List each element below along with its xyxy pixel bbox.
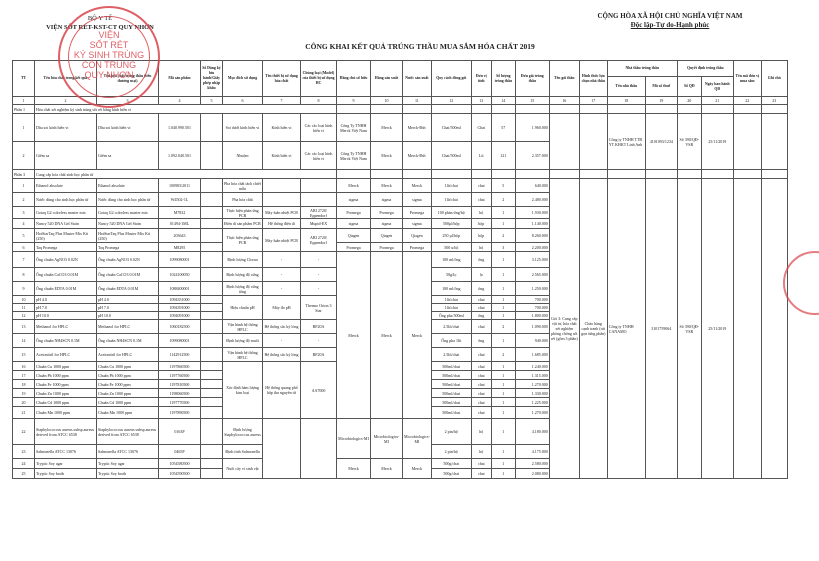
table-cell: -	[263, 252, 301, 268]
table-cell: Ống chuẩn EDTA 0.01M	[35, 282, 97, 296]
table-cell: Mupid-EX	[301, 219, 337, 229]
table-cell	[337, 105, 371, 114]
table-cell: Chai/500ml	[431, 114, 471, 142]
table-cell: 700.000	[515, 304, 549, 312]
table-cell: Giêm sa	[35, 142, 97, 170]
table-cell: Microbiologics-MI	[371, 419, 403, 459]
column-index: 9	[337, 97, 371, 105]
table-cell: Máy luân nhiệt PCR	[263, 229, 301, 252]
table-cell: 1lít/chai	[431, 304, 471, 312]
table-cell: 1	[491, 419, 515, 445]
table-cell: Hệ thống sắc ký lỏng	[263, 348, 301, 362]
table-cell: 1	[13, 114, 35, 142]
table-cell: 1.270.000	[515, 380, 549, 389]
column-index: 19	[645, 97, 677, 105]
decision-number: Số 390/QĐ-VSR	[677, 179, 701, 479]
table-cell	[579, 105, 607, 114]
table-cell	[579, 114, 607, 170]
table-cell	[403, 170, 432, 179]
col-method: Hình thức lựa chọn nhà thầu	[579, 61, 607, 97]
table-cell: chai	[471, 459, 491, 469]
table-cell	[201, 304, 223, 312]
table-cell	[733, 179, 761, 479]
table-cell: Chuẩn Mn 1000 ppm	[35, 407, 97, 419]
table-cell: 500ml/chai	[431, 389, 471, 398]
col-registration: Số Đăng ký lưu hành/Giấy phép nhập khẩu	[201, 61, 223, 97]
column-index: 7	[263, 97, 301, 105]
column-index: 4	[159, 97, 201, 105]
col-product-code: Mã sản phẩm	[159, 61, 201, 97]
table-cell: Qiagen	[403, 229, 432, 243]
table-cell: Ethanol absolute	[97, 179, 159, 193]
table-cell: 18	[13, 380, 35, 389]
table-cell: Promega	[403, 207, 432, 219]
table-cell: Các các loại kính hiển vi	[301, 142, 337, 170]
table-cell: Tryptic Soy broth	[97, 469, 159, 479]
table-cell: 1	[491, 407, 515, 419]
table-cell: Công Ty TNHH Merck Việt Nam	[337, 114, 371, 142]
table-cell: pH 7.0	[97, 304, 159, 312]
table-cell: ống	[471, 312, 491, 320]
table-cell: Qiagen	[337, 229, 371, 243]
table-cell: Taq Promega	[35, 243, 97, 252]
table-cell: Staphylococcus aureus subsp.aureus deriv…	[97, 419, 159, 445]
col-chemical-name: Tên hóa chất trong kết quả	[35, 61, 97, 97]
table-cell: 1.240.000	[515, 362, 549, 371]
table-cell: 21	[13, 407, 35, 419]
decision-number: Số 390/QĐ-VSR	[677, 114, 701, 170]
table-cell: -	[263, 334, 301, 348]
table-cell	[263, 193, 301, 207]
table-cell: Nancy 520 DNA Gel Stain	[35, 219, 97, 229]
table-cell	[337, 170, 371, 179]
col-decision-no: Số QĐ	[677, 77, 701, 97]
table-cell: 1	[491, 268, 515, 282]
table-cell: Ống pha 500ml	[431, 312, 471, 320]
table-cell: Merck	[403, 459, 432, 479]
column-index: 10	[371, 97, 403, 105]
table-cell: ống	[471, 252, 491, 268]
table-cell: Salmonella ATCC 13076	[35, 445, 97, 459]
col-country: Nước sản xuất	[403, 61, 432, 97]
table-cell: 100 phản ứng/hộ	[431, 207, 471, 219]
column-index: 6	[223, 97, 263, 105]
table-cell: Hiệu chuẩn pH	[223, 296, 263, 320]
table-cell: 1	[491, 445, 515, 459]
column-index: 5	[201, 97, 223, 105]
column-index: 11	[403, 97, 432, 105]
section-label: Phần 1	[13, 105, 35, 114]
table-cell	[201, 179, 223, 193]
table-cell: -	[301, 282, 337, 296]
table-cell: 1197860500	[159, 362, 201, 371]
table-cell: 1	[13, 179, 35, 193]
col-tt: TT	[13, 61, 35, 97]
table-cell: Ống chuẩn AgNO3 0.02N	[35, 252, 97, 268]
table-cell: 19	[13, 389, 35, 398]
table-cell: Chuẩn Fe 1000 ppm	[97, 380, 159, 389]
table-cell: 01494-1ML	[159, 219, 201, 229]
table-cell	[201, 320, 223, 334]
table-cell: 1.315.000	[515, 371, 549, 380]
institute-name: VIỆN SỐT RÉT-KST-CT QUY NHƠN	[30, 23, 170, 32]
table-cell: 1	[491, 207, 515, 219]
country-merged: Merck	[403, 252, 432, 419]
table-cell: 1024100050	[159, 268, 201, 282]
table-cell: Merck	[371, 142, 403, 170]
table-cell: 2.5lít/chai	[431, 320, 471, 334]
table-cell: Hệ thống sắc ký lỏng	[263, 320, 301, 334]
table-cell: pH 4.0	[35, 296, 97, 304]
table-cell	[645, 170, 677, 179]
table-cell: Vận hành hệ thống HPLC	[223, 320, 263, 334]
table-cell: 1lít/chai	[431, 193, 471, 207]
table-cell: M8295	[159, 243, 201, 252]
table-cell: Promega	[403, 243, 432, 252]
table-cell: 6	[13, 243, 35, 252]
column-index-row: 1234567891011121314151617181920212223	[13, 97, 788, 105]
col-buyer: Tên mã đơn vị mua sắm	[733, 61, 761, 97]
table-cell: Taq Promega	[97, 243, 159, 252]
table-cell	[491, 170, 515, 179]
table-cell: 0163P	[159, 419, 201, 445]
table-cell	[701, 170, 733, 179]
table-cell: 1.270.000	[515, 407, 549, 419]
table-cell: Chuẩn Pb 1000 ppm	[35, 371, 97, 380]
table-cell	[201, 445, 223, 459]
col-contractor-name: Tên nhà thầu	[607, 77, 645, 97]
table-cell: Điện di sản phẩm PCR	[223, 219, 263, 229]
table-cell	[201, 219, 223, 229]
table-cell: Thực hiện phản ứng PCR	[223, 229, 263, 252]
table-cell: -	[263, 268, 301, 282]
table-cell: Merck	[371, 114, 403, 142]
table-cell	[201, 312, 223, 320]
table-cell: Ống chuẩn NH4SCN 0.1M	[35, 334, 97, 348]
table-cell: Ống chuẩn NH4SCN 0.1M	[97, 334, 159, 348]
table-cell: 11	[13, 304, 35, 312]
table-cell: 1060182500	[159, 320, 201, 334]
table-cell: Merck	[403, 179, 432, 193]
table-cell: chai	[471, 179, 491, 193]
table-cell: 22	[13, 419, 35, 445]
table-cell: RF20A	[301, 348, 337, 362]
table-cell: chai	[471, 371, 491, 380]
table-row: 1Dầu soi kính hiển viDầu soi kính hiển v…	[13, 114, 788, 142]
column-index: 13	[471, 97, 491, 105]
table-cell: 1099080001	[159, 252, 201, 268]
col-owner: Hãng chủ sở hữu	[337, 61, 371, 97]
table-cell: Chuẩn Fe 1000 ppm	[35, 380, 97, 389]
table-cell: Microbiologics-MI	[337, 419, 371, 459]
table-cell: 500 u/hộ	[431, 243, 471, 252]
table-cell: HotStarTaq Plus Master Mix Kit (250)	[35, 229, 97, 243]
table-cell: Methanol for HPLC	[35, 320, 97, 334]
table-cell: 2	[491, 320, 515, 334]
table-cell: Ống chuẩn EDTA 0.01M	[97, 282, 159, 296]
column-index: 3	[97, 97, 159, 105]
table-cell: chai	[471, 398, 491, 407]
table-cell: 203643	[159, 229, 201, 243]
table-cell	[761, 105, 787, 114]
table-cell	[515, 105, 549, 114]
col-note: Ghi chú	[761, 61, 787, 97]
table-cell: Ống chuẩn CaCO3 0.01M	[97, 268, 159, 282]
col-unit: Đơn vị tính	[471, 61, 491, 97]
table-cell: Ống chuẩn CaCO3 0.01M	[35, 268, 97, 282]
table-cell: Nancy 520 DNA Gel Stain	[97, 219, 159, 229]
table-cell: 1.090.000	[515, 320, 549, 334]
table-cell: hộ	[471, 243, 491, 252]
table-cell: Acetonitril for HPLC	[35, 348, 97, 362]
table-cell: chai	[471, 193, 491, 207]
table-cell: Định lượng độ cứng	[223, 268, 263, 282]
table-cell: Máy luân nhiệt PCR	[263, 207, 301, 219]
group-decision: Quyết định trúng thầu	[677, 61, 733, 77]
table-cell: Merck	[337, 459, 371, 479]
table-cell: 500ml/chai	[431, 371, 471, 380]
table-cell: 1	[491, 371, 515, 380]
table-cell: 2.200.000	[515, 243, 549, 252]
table-cell: RF20A	[301, 320, 337, 334]
table-cell: 23	[13, 445, 35, 459]
manufacturer-merged: Merck	[371, 252, 403, 419]
table-cell	[263, 179, 301, 193]
table-cell: -	[301, 252, 337, 268]
table-cell: 1197760500	[159, 371, 201, 380]
table-cell	[733, 105, 761, 114]
table-cell: Pha hóa chất	[223, 193, 263, 207]
table-cell: 500ml/chai	[431, 362, 471, 371]
table-cell: Merck-Đức	[403, 114, 432, 142]
table-cell	[201, 282, 223, 296]
table-cell: 1094351000	[159, 296, 201, 304]
table-cell	[431, 105, 471, 114]
column-index: 14	[491, 97, 515, 105]
table-cell: ABI 2720/ Eppendorf	[301, 207, 337, 219]
table-cell: 1	[491, 389, 515, 398]
table-cell: 1.930.000	[515, 207, 549, 219]
table-cell: Công Ty TNHH Merck Việt Nam	[337, 142, 371, 170]
col-manufacturer: Hãng sản xuất	[371, 61, 403, 97]
table-cell: sigma	[403, 193, 432, 207]
table-cell: 8.260.000	[515, 229, 549, 243]
table-cell	[515, 170, 549, 179]
table-cell	[201, 419, 223, 445]
table-cell: 1lít/chai	[431, 296, 471, 304]
selection-method: Chào hàng cạnh tranh (rút gọn từng phần)	[579, 179, 607, 479]
table-cell	[201, 371, 223, 380]
table-cell: 0465P	[159, 445, 201, 459]
table-cell: Soi dưới kính hiển vi	[223, 114, 263, 142]
column-index: 15	[515, 97, 549, 105]
table-cell: 1	[491, 334, 515, 348]
table-cell: 1	[491, 252, 515, 268]
table-cell: Chuẩn Cd 1000 ppm	[97, 398, 159, 407]
table-cell: chai	[471, 348, 491, 362]
table-cell: 5	[491, 179, 515, 193]
table-cell: Thermo Orion 3 Star	[301, 296, 337, 320]
table-cell: 2 pin/hộ	[431, 445, 471, 459]
table-cell: 1094091000	[159, 312, 201, 320]
table-cell: Nuôi cấy vi sinh vật	[223, 459, 263, 479]
table-cell: Hệ thống quang phổ hấp thu nguyên tử	[263, 362, 301, 419]
procurement-table: TT Tên hóa chất trong kết quả Tên hóa ch…	[12, 60, 788, 479]
table-cell	[677, 170, 701, 179]
table-cell: Methanol for HPLC	[97, 320, 159, 334]
table-cell: Acetonitril for HPLC	[97, 348, 159, 362]
col-trade-name: Tên hóa chất trúng thầu (tiếu thương mại…	[97, 61, 159, 97]
table-cell	[607, 170, 645, 179]
national-header: CỘNG HÒA XÃ HỘI CHỦ NGHĨA VIỆT NAM Độc l…	[540, 12, 800, 30]
table-cell: ống	[471, 282, 491, 296]
table-cell	[677, 105, 701, 114]
table-cell: 940.000	[515, 334, 549, 348]
table-cell: 14	[13, 334, 35, 348]
table-cell: 2	[13, 142, 35, 170]
table-cell: 700.000	[515, 296, 549, 304]
table-cell: 500g/chai	[431, 469, 471, 479]
table-cell: Chuẩn Zn 1000 ppm	[97, 389, 159, 398]
table-cell	[701, 105, 733, 114]
table-cell: Định lượng Staphylococcus aureus	[223, 419, 263, 445]
table-cell: 1.800.000	[515, 312, 549, 320]
table-cell: 1	[491, 312, 515, 320]
table-cell: 1	[491, 380, 515, 389]
table-cell	[761, 114, 787, 170]
table-cell: 121	[491, 142, 515, 170]
table-cell: 1142912500	[159, 348, 201, 362]
table-cell: 100983/2011	[159, 179, 201, 193]
table-cell: Chuẩn Mn 1000 ppm	[97, 407, 159, 419]
table-cell: M7832	[159, 207, 201, 219]
table-cell: Kính hiển vi	[263, 114, 301, 142]
table-cell	[733, 114, 761, 170]
table-cell: 1198060500	[159, 389, 201, 398]
column-index: 16	[549, 97, 579, 105]
table-cell: Gotaq G2 colorless master mix	[97, 207, 159, 219]
table-cell: Máy đo pH	[263, 296, 301, 320]
table-cell	[201, 407, 223, 419]
table-cell: 1	[491, 304, 515, 312]
table-cell: 1.092.040.501	[159, 142, 201, 170]
col-equipment: Tên thiết bị sử dụng hóa chất	[263, 61, 301, 97]
tax-code: 4101093/1234	[645, 114, 677, 170]
table-cell: W4502-1L	[159, 193, 201, 207]
table-cell: 1	[491, 219, 515, 229]
table-cell: Chuẩn Cu 1000 ppm	[97, 362, 159, 371]
stamp-text: SỐT RÉT	[60, 40, 158, 50]
table-cell: 1.225.000	[515, 398, 549, 407]
col-unit-price: Đơn giá trúng thầu	[515, 61, 549, 97]
table-cell	[201, 193, 223, 207]
table-cell: AA7000	[301, 362, 337, 419]
table-cell: Chuẩn Zn 1000 ppm	[35, 389, 97, 398]
table-cell	[301, 419, 337, 479]
decision-date: 25/11/2019	[701, 179, 733, 479]
col-quantity: Số lượng trúng thầu	[491, 61, 515, 97]
col-decision-date: Ngày ban hành QĐ	[701, 77, 733, 97]
col-tax-code: Mã số thuế	[645, 77, 677, 97]
table-cell	[431, 170, 471, 179]
table-cell: 2	[491, 229, 515, 243]
column-index: 18	[607, 97, 645, 105]
motto: Độc lập-Tự do-Hạnh phúc	[540, 21, 800, 30]
table-cell: Tryptic Soy broth	[35, 469, 97, 479]
table-cell: 500ml/chai	[431, 380, 471, 389]
column-index: 12	[431, 97, 471, 105]
table-cell: 10	[13, 296, 35, 304]
table-cell: chai	[471, 469, 491, 479]
table-cell: 1	[491, 469, 515, 479]
table-cell: 2.080.000	[515, 469, 549, 479]
table-cell	[201, 398, 223, 407]
ministry-name: BỘ Y TẾ	[30, 14, 170, 23]
table-cell: 24	[13, 459, 35, 469]
table-cell	[491, 105, 515, 114]
table-cell: 1088400001	[159, 282, 201, 296]
table-cell: 4.175.000	[515, 445, 549, 459]
table-cell: HotStarTaq Plus Master Mix Kit (250)	[97, 229, 159, 243]
decision-date: 25/11/2019	[701, 114, 733, 170]
table-cell: 2.5lít/chai	[431, 348, 471, 362]
table-cell: 17	[13, 371, 35, 380]
table-cell: Ống pha 1lít	[431, 334, 471, 348]
table-cell: -	[263, 282, 301, 296]
table-cell: ống	[471, 334, 491, 348]
table-cell: Merck	[337, 179, 371, 193]
table-cell: 12	[13, 312, 35, 320]
table-cell	[471, 170, 491, 179]
table-cell: chai	[471, 389, 491, 398]
table-cell: Chai	[471, 114, 491, 142]
table-cell: 100 ml/ống	[431, 282, 471, 296]
table-cell: chai	[471, 380, 491, 389]
table-cell: pH 7.0	[35, 304, 97, 312]
col-packaging: Quy cách đóng gói	[431, 61, 471, 97]
table-cell: 4	[13, 219, 35, 229]
table-cell: sigma	[337, 219, 371, 229]
table-cell: Xác định hàm lượng kim loại	[223, 362, 263, 419]
section-row: Phần 3Cung cấp hóa chất sinh học phân tử	[13, 170, 788, 179]
table-cell: 13	[13, 320, 35, 334]
table-cell: Staphylococcus aureus subsp.aureus deriv…	[35, 419, 97, 445]
table-cell: Dầu soi kính hiển vi	[35, 114, 97, 142]
table-cell: hộ	[471, 207, 491, 219]
table-cell: Vận hành hệ thống HPLC	[223, 348, 263, 362]
table-cell: Nhuộm	[223, 142, 263, 170]
table-cell: hộp	[471, 219, 491, 229]
table-cell: 2	[13, 193, 35, 207]
table-cell	[201, 114, 223, 142]
table-cell	[471, 105, 491, 114]
stamp-text: KÝ SINH TRÙNG	[60, 50, 158, 60]
table-cell: Hệ thống điện di	[263, 219, 301, 229]
table-cell: Gotaq G2 colorless master mix	[35, 207, 97, 219]
table-cell	[761, 179, 787, 479]
table-cell: chai	[471, 296, 491, 304]
table-cell	[645, 105, 677, 114]
contractor-name: Công ty TNHH TTB YT KHKT Linh Anh	[607, 114, 645, 170]
table-cell: 7	[13, 252, 35, 268]
table-cell	[549, 105, 579, 114]
table-cell: -	[301, 334, 337, 348]
table-cell: Promega	[371, 207, 403, 219]
table-cell: Merck	[371, 459, 403, 479]
table-cell: 250 µl/hộp	[431, 229, 471, 243]
table-cell	[301, 179, 337, 193]
table-cell: Lít	[471, 142, 491, 170]
